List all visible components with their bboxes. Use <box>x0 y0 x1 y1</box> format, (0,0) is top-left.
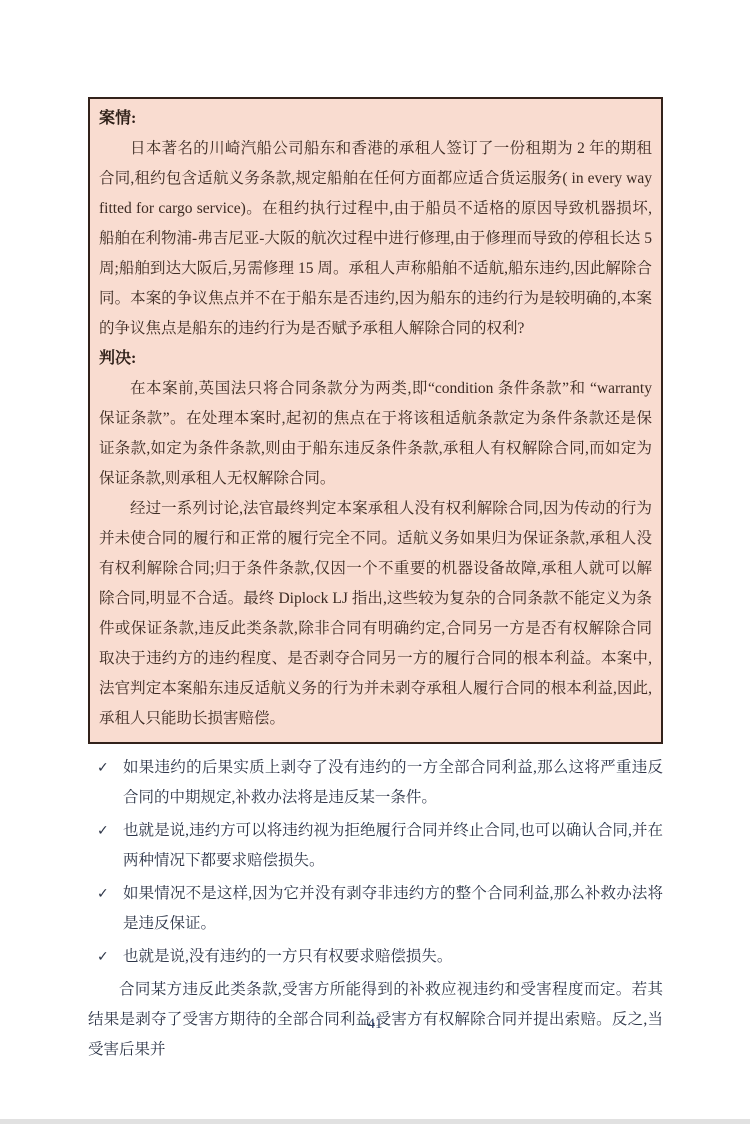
page-edge-divider <box>0 1119 750 1124</box>
checkmark-icon: ✓ <box>97 816 109 846</box>
list-item: ✓ 也就是说,没有违约的一方只有权要求赔偿损失。 <box>88 942 663 972</box>
case-facts-paragraph: 日本著名的川崎汽船公司船东和香港的承租人签订了一份租期为 2 年的期租合同,租约… <box>99 134 652 344</box>
list-item: ✓ 如果情况不是这样,因为它并没有剥夺非违约方的整个合同利益,那么补救办法将是违… <box>88 879 663 939</box>
content-column: 案情: 日本著名的川崎汽船公司船东和香港的承租人签订了一份租期为 2 年的期租合… <box>88 97 663 1065</box>
page-number: 41 <box>0 1016 750 1033</box>
list-item-text: 如果违约的后果实质上剥夺了没有违约的一方全部合同利益,那么这将严重违反合同的中期… <box>123 759 663 806</box>
list-item: ✓ 如果违约的后果实质上剥夺了没有违约的一方全部合同利益,那么这将严重违反合同的… <box>88 753 663 813</box>
list-item-text: 如果情况不是这样,因为它并没有剥夺非违约方的整个合同利益,那么补救办法将是违反保… <box>123 885 663 932</box>
case-box: 案情: 日本著名的川崎汽船公司船东和香港的承租人签订了一份租期为 2 年的期租合… <box>88 97 663 744</box>
list-item-text: 也就是说,违约方可以将违约视为拒绝履行合同并终止合同,也可以确认合同,并在两种情… <box>123 822 663 869</box>
judgment-paragraph: 在本案前,英国法只将合同条款分为两类,即“condition 条件条款”和 “w… <box>99 374 652 494</box>
list-item-text: 也就是说,没有违约的一方只有权要求赔偿损失。 <box>123 948 452 965</box>
checkmark-icon: ✓ <box>97 942 109 972</box>
checkmark-icon: ✓ <box>97 879 109 909</box>
document-page: 案情: 日本著名的川崎汽船公司船东和香港的承租人签订了一份租期为 2 年的期租合… <box>0 0 750 1124</box>
judgment-heading: 判决: <box>99 344 652 374</box>
case-facts-heading: 案情: <box>99 104 652 134</box>
bullet-list: ✓ 如果违约的后果实质上剥夺了没有违约的一方全部合同利益,那么这将严重违反合同的… <box>88 753 663 972</box>
checkmark-icon: ✓ <box>97 753 109 783</box>
judgment-paragraph: 经过一系列讨论,法官最终判定本案承租人没有权利解除合同,因为传动的行为并未使合同… <box>99 494 652 734</box>
list-item: ✓ 也就是说,违约方可以将违约视为拒绝履行合同并终止合同,也可以确认合同,并在两… <box>88 816 663 876</box>
